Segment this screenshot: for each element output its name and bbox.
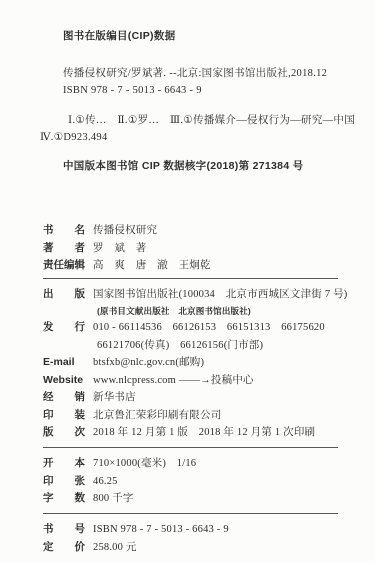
row-value: ISBN 978 - 7 - 5013 - 6643 - 9 (93, 523, 229, 536)
row-label: 开 本 (43, 457, 93, 470)
cip-classification-line-1: Ⅰ.①传… Ⅱ.①罗… Ⅲ.①传播媒介—侵权行为—研究—中国 (68, 112, 363, 129)
colophon-row-website: Website www.nlcpress.com ——→投稿中心 (43, 374, 339, 387)
cip-isbn: ISBN 978 - 7 - 5013 - 6643 - 9 (63, 82, 363, 99)
colophon-row-distribution: 发 行 010 - 66114536 66126153 66151313 661… (43, 321, 339, 334)
colophon-row-edition: 版 次 2018 年 12 月第 1 版 2018 年 12 月第 1 次印刷 (43, 426, 339, 439)
row-label: 出 版 (43, 288, 93, 301)
row-value: 北京鲁汇荣彩印刷有限公司 (93, 409, 221, 422)
row-label: 发 行 (43, 321, 93, 334)
row-value: 国家图书馆出版社(100034 北京市西城区文津街 7 号) (93, 288, 348, 301)
row-label: 责任编辑 (43, 259, 93, 272)
colophon-row-retail: 经 销 新华书店 (43, 391, 339, 404)
publisher-former-names: (原书目文献出版社 北京图书馆出版社) (97, 305, 339, 317)
colophon-row-sheets: 印 张 46.25 (43, 475, 339, 488)
colophon-row-title: 书 名 传播侵权研究 (43, 224, 339, 237)
cip-title: 图书在版编目(CIP)数据 (63, 28, 363, 45)
colophon-row-isbn: 书 号 ISBN 978 - 7 - 5013 - 6643 - 9 (43, 523, 339, 536)
row-value: 传播侵权研究 (93, 224, 157, 237)
distribution-phones-line-2: 66121706(传真) 66126156(门市部) (97, 339, 339, 352)
cip-record-number: 中国版本图书馆 CIP 数据核字(2018)第 271384 号 (63, 158, 363, 175)
row-label: 定 价 (43, 541, 93, 554)
cip-description: 传播侵权研究/罗斌著. --北京:国家图书馆出版社,2018.12 (63, 65, 363, 82)
colophon-row-words: 字 数 800 千字 (43, 492, 339, 505)
row-label: Website (43, 374, 93, 387)
row-label: 书 名 (43, 224, 93, 237)
colophon-block: 书 名 传播侵权研究 著 者 罗 斌 著 责任编辑 高 爽 唐 澈 王炯乾 出 … (43, 224, 339, 558)
cip-classification-line-2: Ⅳ.①D923.494 (40, 129, 363, 146)
row-label: 印 装 (43, 409, 93, 422)
colophon-row-editors: 责任编辑 高 爽 唐 澈 王炯乾 (43, 259, 339, 272)
row-label: 经 销 (43, 391, 93, 404)
row-label: 书 号 (43, 523, 93, 536)
row-value: 010 - 66114536 66126153 66151313 6617562… (93, 321, 325, 334)
row-label: E-mail (43, 356, 93, 369)
row-value: 710×1000(毫米) 1/16 (93, 457, 196, 470)
row-value: 新华书店 (93, 391, 136, 404)
colophon-row-format: 开 本 710×1000(毫米) 1/16 (43, 457, 339, 470)
row-value: www.nlcpress.com ——→投稿中心 (93, 374, 254, 387)
row-label: 印 张 (43, 475, 93, 488)
colophon-row-price: 定 价 258.00 元 (43, 541, 339, 554)
row-value: 800 千字 (93, 492, 134, 505)
row-label: 字 数 (43, 492, 93, 505)
cip-block: 图书在版编目(CIP)数据 传播侵权研究/罗斌著. --北京:国家图书馆出版社,… (40, 28, 363, 175)
row-label: 版 次 (43, 426, 93, 439)
row-label: 著 者 (43, 242, 93, 255)
row-value: btsfxb@nlc.gov.cn(邮购) (93, 356, 204, 369)
colophon-row-printing: 印 装 北京鲁汇荣彩印刷有限公司 (43, 409, 339, 422)
colophon-row-author: 著 者 罗 斌 著 (43, 242, 339, 255)
row-value: 2018 年 12 月第 1 版 2018 年 12 月第 1 次印刷 (93, 426, 315, 439)
row-value: 罗 斌 著 (93, 242, 147, 255)
row-value: 高 爽 唐 澈 王炯乾 (93, 259, 211, 272)
colophon-row-email: E-mail btsfxb@nlc.gov.cn(邮购) (43, 356, 339, 369)
colophon-row-publisher: 出 版 国家图书馆出版社(100034 北京市西城区文津街 7 号) (43, 288, 339, 301)
row-value: 46.25 (93, 475, 118, 488)
book-copyright-page: 图书在版编目(CIP)数据 传播侵权研究/罗斌著. --北京:国家图书馆出版社,… (0, 0, 375, 563)
divider-rule-3 (43, 513, 338, 514)
divider-rule-1 (43, 278, 338, 279)
row-value: 258.00 元 (93, 541, 137, 554)
divider-rule-2 (43, 447, 338, 448)
